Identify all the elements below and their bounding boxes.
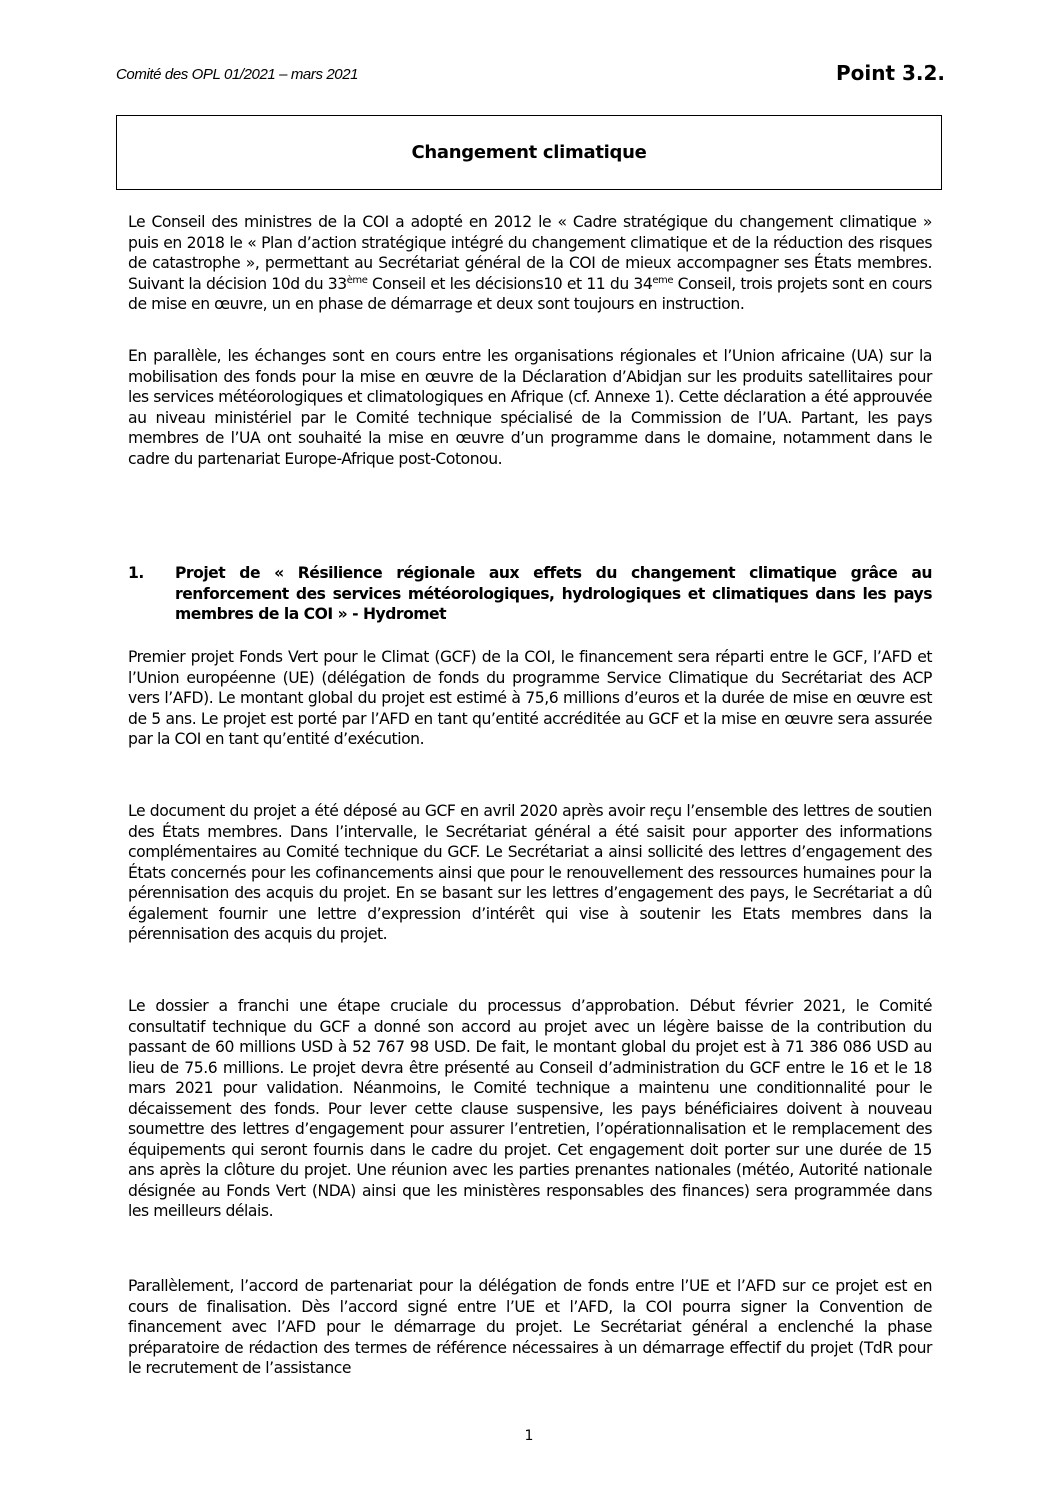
- section-1-heading: 1. Projet de « Résilience régionale aux …: [128, 563, 932, 625]
- section-title: Projet de « Résilience régionale aux eff…: [175, 563, 932, 625]
- superscript-ordinal: ème: [347, 274, 368, 285]
- agenda-point-label: Point 3.2.: [836, 61, 945, 85]
- document-meeting-reference: Comité des OPL 01/2021 – mars 2021: [116, 66, 358, 83]
- section-1-paragraph-1: Premier projet Fonds Vert pour le Climat…: [128, 647, 932, 750]
- section-1-paragraph-2: Le document du projet a été déposé au GC…: [128, 801, 932, 945]
- page-number: 1: [0, 1428, 1058, 1444]
- intro-paragraph-1: Le Conseil des ministres de la COI a ado…: [128, 212, 932, 315]
- section-1-paragraph-4: Parallèlement, l’accord de partenariat p…: [128, 1276, 932, 1379]
- document-title: Changement climatique: [411, 142, 646, 163]
- section-1-paragraph-3: Le dossier a franchi une étape cruciale …: [128, 996, 932, 1222]
- title-box: Changement climatique: [116, 115, 942, 190]
- section-number: 1.: [128, 563, 175, 625]
- intro-paragraph-2: En parallèle, les échanges sont en cours…: [128, 346, 932, 469]
- superscript-ordinal: eme: [652, 274, 673, 285]
- intro-p1-text-b: Conseil et les décisions10 et 11 du 34: [367, 275, 652, 293]
